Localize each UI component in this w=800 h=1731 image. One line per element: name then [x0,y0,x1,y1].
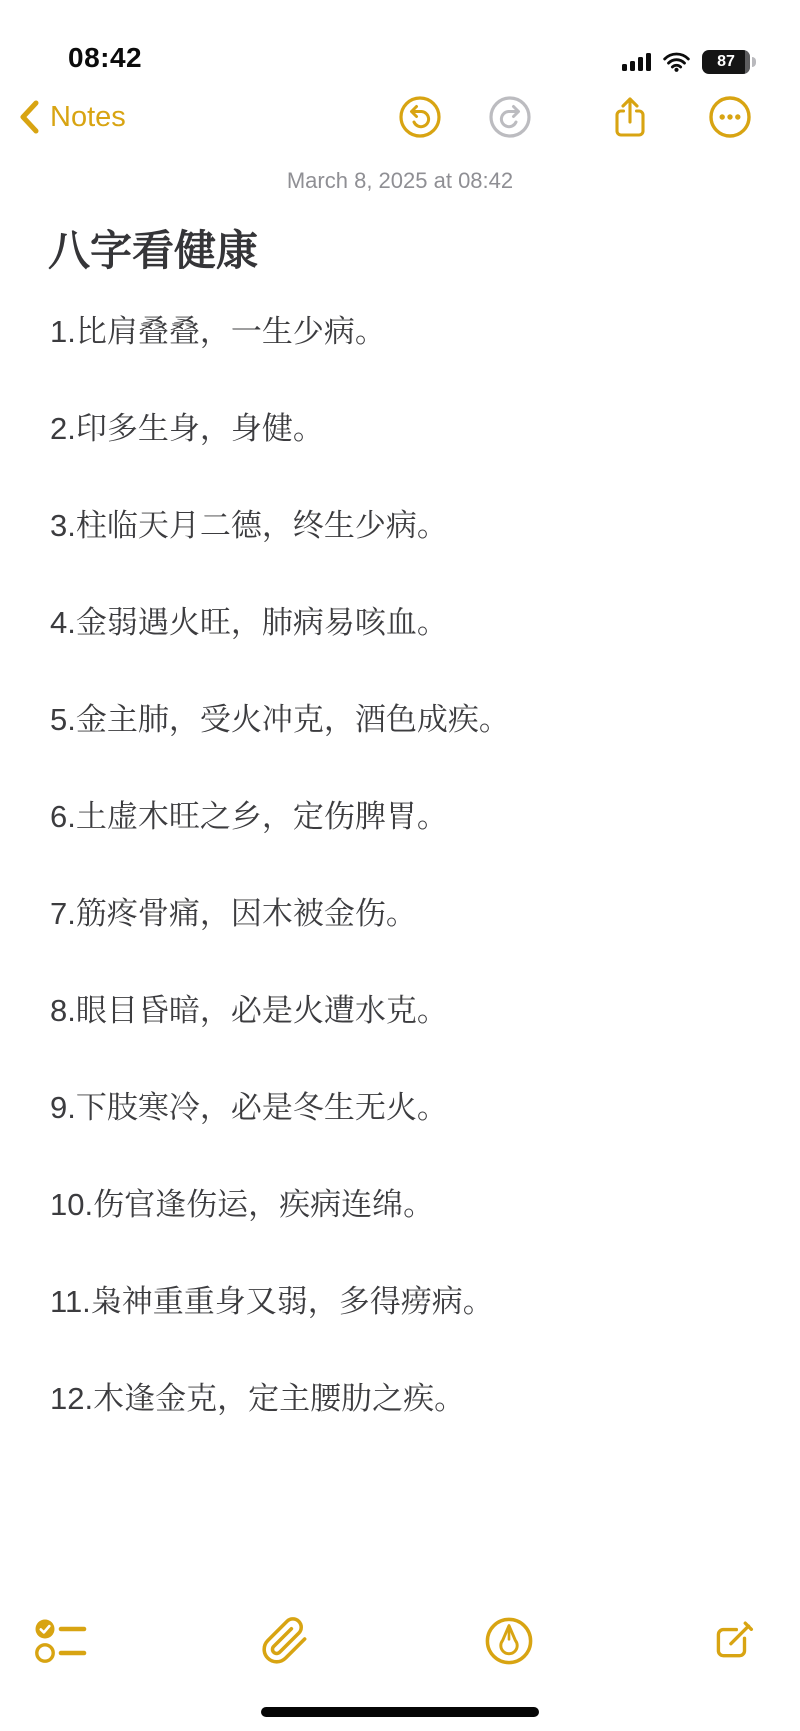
note-line[interactable]: 8.眼目昏暗，必是火遭水克。 [50,991,750,1031]
wifi-icon [663,52,690,72]
compose-icon [707,1616,757,1666]
note-line[interactable]: 6.土虚木旺之乡，定伤脾胃。 [50,797,750,837]
note-line[interactable]: 3.柱临天月二德，终生少病。 [50,506,750,546]
undo-icon[interactable] [398,94,442,140]
nav-bar: Notes [0,82,800,152]
note-line[interactable]: 1.比肩叠叠，一生少病。 [50,312,750,352]
compose-button[interactable] [704,1615,760,1667]
pen-tip-circle-icon [484,1616,534,1666]
markup-button[interactable] [481,1615,537,1667]
note-line[interactable]: 12.木逢金克，定主腰肋之疾。 [50,1379,750,1419]
note-line[interactable]: 4.金弱遇火旺，肺病易咳血。 [50,603,750,643]
checklist-button[interactable] [34,1615,90,1667]
note-title[interactable]: 八字看健康 [48,218,752,278]
note-line[interactable]: 9.下肢寒冷，必是冬生无火。 [50,1088,750,1128]
cellular-signal-icon [622,53,651,71]
back-to-notes-button[interactable]: Notes [18,100,126,134]
note-body[interactable]: 1.比肩叠叠，一生少病。 2.印多生身，身健。 3.柱临天月二德，终生少病。 4… [50,312,750,1419]
back-button-label: Notes [50,101,126,134]
clock-text: 08:42 [68,42,142,74]
note-date: March 8, 2025 at 08:42 [0,168,800,194]
attachment-button[interactable] [257,1615,313,1667]
note-line[interactable]: 7.筋疼骨痛，因木被金伤。 [50,894,750,934]
notes-app-screen: 08:42 87 Notes [0,0,800,1731]
status-bar: 08:42 87 [0,0,800,82]
battery-icon: 87 [702,50,756,74]
checklist-icon [34,1616,90,1666]
note-line[interactable]: 2.印多生身，身健。 [50,409,750,449]
share-icon[interactable] [608,94,652,140]
note-line[interactable]: 10.伤官逢伤运，疾病连绵。 [50,1185,750,1225]
redo-icon[interactable] [488,94,532,140]
battery-percent-text: 87 [717,53,735,71]
paperclip-icon [260,1616,310,1666]
chevron-left-icon [18,100,40,134]
home-indicator[interactable] [261,1707,539,1717]
note-line[interactable]: 11.枭神重重身又弱，多得痨病。 [50,1282,750,1322]
note-line[interactable]: 5.金主肺，受火冲克，酒色成疾。 [50,700,750,740]
more-options-icon[interactable] [708,94,752,140]
